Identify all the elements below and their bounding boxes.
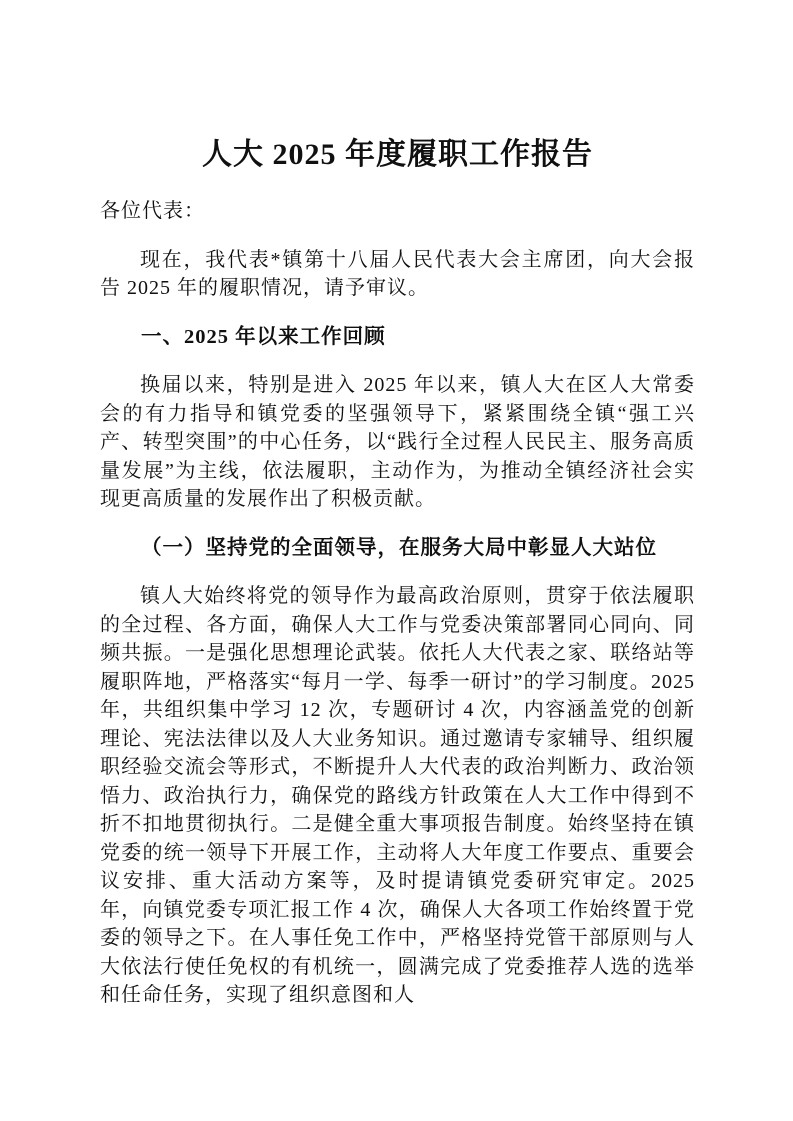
section-heading-work-review: 一、2025 年以来工作回顾 <box>100 323 695 352</box>
document-page: 人大 2025 年度履职工作报告 各位代表： 现在，我代表*镇第十八届人民代表大… <box>0 0 793 1121</box>
subsection-heading-party-leadership: （一）坚持党的全面领导，在服务大局中彰显人大站位 <box>100 534 695 563</box>
section-overview-paragraph: 换届以来，特别是进入 2025 年以来，镇人大在区人大常委会的有力指导和镇党委的… <box>100 371 695 514</box>
subsection-body-paragraph: 镇人大始终将党的领导作为最高政治原则，贯穿于依法履职的全过程、各方面，确保人大工… <box>100 582 695 1010</box>
salutation: 各位代表： <box>100 197 695 226</box>
intro-paragraph: 现在，我代表*镇第十八届人民代表大会主席团，向大会报告 2025 年的履职情况，… <box>100 246 695 303</box>
document-title: 人大 2025 年度履职工作报告 <box>100 133 695 177</box>
